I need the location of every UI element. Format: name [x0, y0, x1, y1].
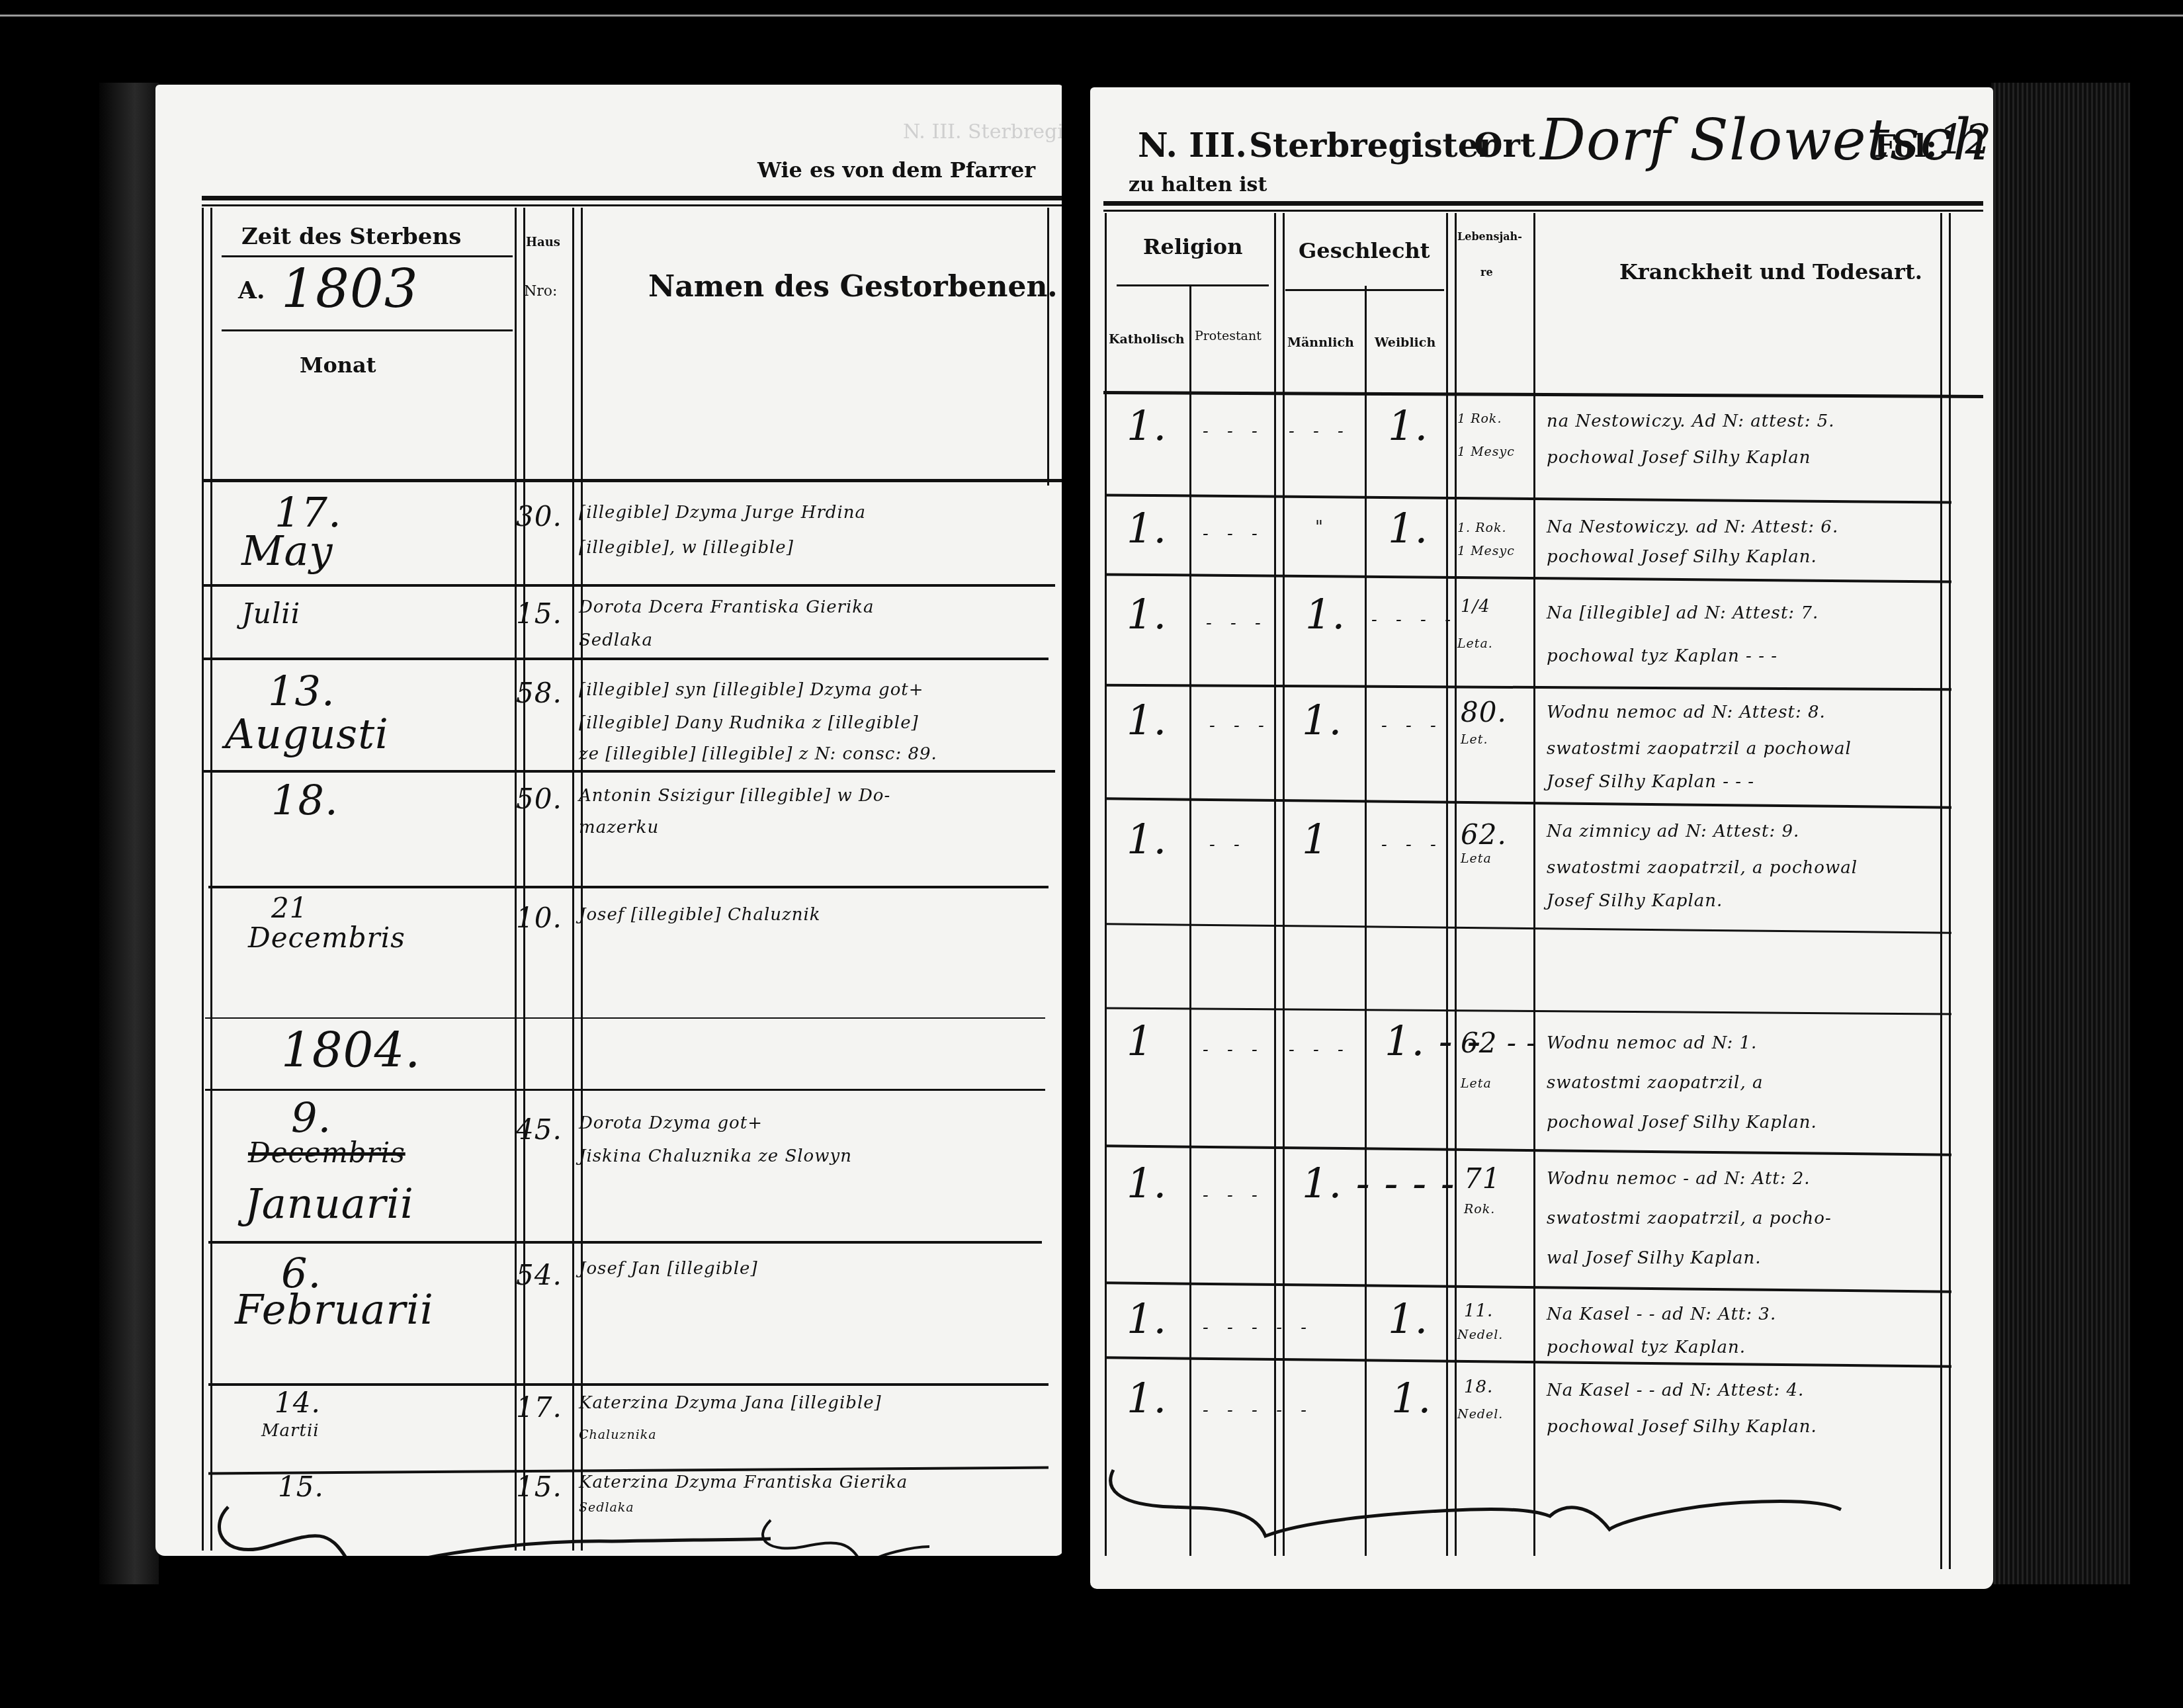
right-border-header [1047, 208, 1049, 486]
entry-5-name-line1: Josef [illegible] Chaluznik [579, 905, 821, 925]
col-divider-age-cause [1533, 213, 1535, 1556]
header-time-of-death: Zeit des Sterbens [241, 224, 461, 250]
entry-4-cause-line1: Wodnu nemoc ad N: Attest: 8. [1547, 703, 1826, 722]
book-gutter [1062, 85, 1091, 1560]
entry-5-age-line1: 62. [1461, 818, 1507, 851]
entry-8-day: 14. [275, 1387, 321, 1419]
entry-9-house-no: 15. [516, 1471, 562, 1503]
row-separator [208, 886, 1049, 888]
entry-3-day: 13. [268, 667, 335, 715]
header-sex: Geschlecht [1299, 238, 1430, 263]
entry-7-month: Februarii [235, 1285, 434, 1334]
entry-5-cause-line2: swatostmi zaopatrzil, a pochowal [1547, 858, 1858, 878]
register-number: N. III. [1138, 126, 1247, 165]
header-sub-rule-2 [222, 329, 513, 331]
entry-6-name-line1: Dorota Dzyma got+ [579, 1113, 763, 1133]
entry-7-male: 1. - - - - [1302, 1159, 1455, 1207]
row-separator [1105, 1144, 1951, 1156]
row-separator [1105, 923, 1951, 933]
entry-3-catholic: 1. [1127, 590, 1167, 638]
header-sub-rule [222, 255, 513, 257]
entry-4-cause-line2: swatostmi zaopatrzil a pochowal [1547, 739, 1852, 759]
entry-4-name-line1: Antonin Ssizigur [illegible] w Do- [579, 786, 890, 806]
entry-8-cause-line1: Na Kasel - - ad N: Att: 3. [1547, 1304, 1776, 1324]
row-separator [202, 770, 1055, 773]
year-value: 1803 [281, 258, 419, 320]
col-divider-date-house [515, 208, 525, 1551]
row-separator [202, 584, 1055, 587]
entry-1-month: May [241, 527, 333, 575]
header-house-number: Nro: [524, 283, 557, 300]
entry-6-male: - - - [1289, 1040, 1350, 1060]
col-divider-male-female [1365, 286, 1367, 1556]
entry-2-name-line2: Sedlaka [579, 630, 653, 650]
header-religion: Religion [1143, 234, 1242, 259]
entry-3-month: Augusti [225, 710, 389, 758]
header-protestant: Protestant [1195, 329, 1262, 343]
row-separator [1105, 573, 1951, 583]
col-divider-sex-age [1446, 213, 1457, 1556]
entry-2-name-line1: Dorota Dcera Frantiska Gierika [579, 597, 875, 617]
entry-2-male: " [1315, 517, 1324, 537]
entry-1-cause-line2: pochowal Josef Silhy Kaplan [1547, 448, 1811, 468]
entry-1-name-line2: [illegible], w [illegible] [579, 538, 794, 558]
entry-9-day: 15. [278, 1471, 324, 1503]
entry-1-protestant: - - - [1203, 421, 1264, 441]
entry-8-name-line1: Katerzina Dzyma Jana [illegible] [579, 1393, 882, 1413]
entry-7-age-line1: 71 [1464, 1162, 1500, 1195]
row-separator [1105, 684, 1951, 691]
row-separator-dashed [205, 1017, 1045, 1019]
entry-4-day: 18. [271, 776, 339, 824]
entry-3-protestant: - - - [1206, 613, 1267, 633]
entry-2-age-line1: 1. Rok. [1457, 521, 1506, 535]
entry-9-female: 1. [1391, 1374, 1432, 1422]
book-page-stack-right [1991, 83, 2130, 1584]
entry-6-month: Januarii [245, 1179, 414, 1228]
entry-5-age-line2: Leta [1461, 851, 1492, 866]
entry-5-house-no: 10. [516, 902, 562, 934]
entry-2-catholic: 1. [1127, 504, 1167, 552]
header-top-rule [1103, 201, 1983, 206]
header-top-rule-thin [202, 204, 1062, 206]
entry-4-female: - - - [1381, 716, 1443, 736]
entry-5-male: 1 [1302, 815, 1328, 863]
entry-8-age-line2: Nedel. [1457, 1328, 1503, 1342]
closing-flourish [202, 1500, 1062, 1556]
year-marker-1804: 1804. [281, 1023, 421, 1078]
entry-4-catholic: 1. [1127, 696, 1167, 744]
entry-5-cause-line1: Na zimnicy ad N: Attest: 9. [1547, 822, 1799, 841]
entry-9-protestant: - - - - - [1203, 1400, 1313, 1420]
header-religion-rule [1117, 284, 1269, 286]
entry-3-cause-line1: Na [illegible] ad N: Attest: 7. [1547, 603, 1819, 623]
entry-4-name-line2: mazerku [579, 818, 659, 837]
entry-2-house-no: 15. [516, 597, 562, 630]
entry-6-age-line1: 62 - - [1461, 1027, 1537, 1059]
entry-3-age-line1: 1/4 [1461, 597, 1490, 617]
row-separator-dashed [205, 1089, 1045, 1091]
entry-2-protestant: - - - [1203, 524, 1264, 544]
entry-6-cause-line1: Wodnu nemoc ad N: 1. [1547, 1033, 1757, 1053]
entry-4-age-line2: Let. [1461, 732, 1488, 747]
header-bottom-rule [1103, 391, 1983, 398]
header-top-rule-thin [1103, 210, 1983, 212]
entry-3-name-line2: [illegible] Dany Rudnika z [illegible] [579, 713, 919, 733]
entry-8-month: Martii [261, 1421, 320, 1441]
entry-4-house-no: 50. [516, 783, 562, 815]
header-cause-of-death: Kranckheit und Todesart. [1619, 259, 1922, 284]
header-male: Männlich [1287, 335, 1354, 350]
header-age-line2: re [1480, 266, 1493, 278]
entry-3-name-line3: ze [illegible] [illegible] z N: consc: 8… [579, 744, 937, 764]
col-divider-catholic-protestant [1189, 286, 1191, 1556]
header-female: Weiblich [1375, 335, 1435, 350]
entry-7-name-line1: Josef Jan [illegible] [579, 1259, 758, 1279]
left-border [202, 208, 212, 1551]
entry-6-name-line2: Jiskina Chaluznika ze Slowyn [579, 1146, 852, 1166]
header-sex-rule [1285, 289, 1444, 291]
row-separator [1105, 493, 1951, 503]
entry-7-age-line2: Rok. [1464, 1202, 1495, 1217]
row-separator [1105, 1356, 1951, 1367]
closing-flourish [1100, 1463, 1993, 1549]
entry-8-name-line2: Chaluznika [579, 1428, 657, 1442]
header-name-of-deceased: Namen des Gestorbenen. [648, 270, 1058, 304]
header-catholic: Katholisch [1109, 332, 1185, 347]
entry-6-house-no: 45. [516, 1113, 562, 1146]
col-border-left [1105, 213, 1107, 1556]
entry-6-protestant: - - - [1203, 1040, 1264, 1060]
header-house-label: Haus [526, 235, 560, 249]
entry-2-age-line2: 1 Mesyc [1457, 544, 1515, 558]
folio-value: 126. [1938, 115, 1993, 163]
header-month: Monat [300, 353, 376, 378]
entry-9-cause-line1: Na Kasel - - ad N: Attest: 4. [1547, 1381, 1804, 1400]
entry-1-age-line1: 1 Rok. [1457, 411, 1502, 426]
entry-7-cause-line3: wal Josef Silhy Kaplan. [1547, 1248, 1762, 1268]
entry-8-cause-line2: pochowal tyz Kaplan. [1547, 1338, 1746, 1357]
folio-label: Fol: [1874, 128, 1937, 164]
top-caption: Wie es von dem Pfarrer [757, 157, 1035, 183]
entry-6-cause-line3: pochowal Josef Silhy Kaplan. [1547, 1113, 1817, 1132]
col-divider-religion-sex [1274, 213, 1285, 1556]
entry-5-month: Decembris [248, 921, 406, 954]
right-page: N. III. Sterbregister Ort Dorf Slowetsch… [1090, 87, 1993, 1589]
entry-5-protestant: - - [1209, 835, 1246, 855]
entry-4-male: 1. [1302, 696, 1342, 744]
entry-1-male: - - - [1289, 421, 1350, 441]
col-divider-house-name [572, 208, 583, 1551]
bleed-through-text: N. III. Sterbregister Ort [903, 120, 1063, 144]
entry-9-cause-line2: pochowal Josef Silhy Kaplan. [1547, 1417, 1817, 1437]
entry-4-cause-line3: Josef Silhy Kaplan - - - [1547, 772, 1754, 792]
entry-2-female: 1. [1388, 504, 1428, 552]
place-label: Ort [1474, 126, 1535, 165]
row-separator [208, 1383, 1049, 1386]
entry-7-cause-line2: swatostmi zaopatrzil, a pocho- [1547, 1209, 1832, 1228]
register-title: Sterbregister [1249, 126, 1496, 165]
header-bottom-rule [202, 479, 1062, 482]
entry-1-cause-line1: na Nestowiczy. Ad N: attest: 5. [1547, 411, 1835, 431]
entry-8-female: 1. [1388, 1295, 1428, 1343]
entry-1-name-line1: [illegible] Dzyma Jurge Hrdina [579, 503, 866, 523]
header-top-rule [202, 196, 1062, 200]
entry-9-age-line1: 18. [1464, 1377, 1493, 1397]
entry-7-house-no: 54. [516, 1259, 562, 1291]
entry-2-cause-line1: Na Nestowiczy. ad N: Attest: 6. [1547, 517, 1838, 537]
entry-3-name-line1: [illegible] syn [illegible] Dzyma got+ [579, 680, 924, 700]
row-separator [208, 1241, 1042, 1244]
entry-5-female: - - - [1381, 835, 1443, 855]
left-page: N. III. Sterbregister Ort Wie es von dem… [155, 85, 1063, 1556]
entry-3-female: - - - - [1371, 610, 1457, 630]
entry-5-catholic: 1. [1127, 815, 1167, 863]
entry-8-catholic: 1. [1127, 1295, 1167, 1343]
entry-8-house-no: 17. [516, 1391, 562, 1424]
row-separator [1105, 1281, 1951, 1293]
header-age-line1: Lebensjah- [1457, 230, 1522, 243]
entry-9-name-line1: Katerzina Dzyma Frantiska Gierika [579, 1473, 908, 1492]
entry-1-catholic: 1. [1127, 402, 1167, 450]
entry-6-cause-line2: swatostmi zaopatrzil, a [1547, 1073, 1763, 1093]
book-spine-edge-left [99, 83, 159, 1584]
entry-2-month: Julii [241, 597, 300, 630]
entry-8-protestant: - - - - - [1203, 1318, 1313, 1338]
entry-6-age-line2: Leta [1461, 1076, 1492, 1091]
entry-5-day: 21 [271, 892, 308, 924]
entry-3-male: 1. [1305, 590, 1346, 638]
entry-3-cause-line2: pochowal tyz Kaplan - - - [1547, 646, 1777, 666]
entry-6-month-struck: Decembris [248, 1136, 406, 1169]
entry-1-age-line2: 1 Mesyc [1457, 445, 1515, 459]
scanner-edge-line [0, 15, 2183, 17]
entry-3-house-no: 58. [516, 677, 562, 709]
entry-2-cause-line2: pochowal Josef Silhy Kaplan. [1547, 547, 1817, 567]
entry-4-protestant: - - - [1209, 716, 1271, 736]
entry-6-day: 9. [291, 1093, 331, 1142]
row-separator [1105, 797, 1951, 808]
entry-9-age-line2: Nedel. [1457, 1407, 1503, 1422]
entry-5-cause-line3: Josef Silhy Kaplan. [1547, 891, 1723, 911]
entry-3-age-line2: Leta. [1457, 636, 1493, 651]
entry-9-catholic: 1. [1127, 1374, 1167, 1422]
entry-8-age-line1: 11. [1464, 1301, 1493, 1321]
row-separator [202, 658, 1049, 660]
entry-1-female: 1. [1388, 402, 1428, 450]
entry-7-catholic: 1. [1127, 1159, 1167, 1207]
entry-1-house-no: 30. [516, 500, 562, 533]
entry-7-cause-line1: Wodnu nemoc - ad N: Att: 2. [1547, 1169, 1811, 1189]
entry-4-age-line1: 80. [1461, 696, 1507, 728]
row-separator [1105, 1007, 1951, 1015]
year-prefix: A. [238, 277, 265, 304]
register-subtitle: zu halten ist [1129, 173, 1267, 196]
entry-6-catholic: 1 [1127, 1017, 1153, 1065]
entry-7-protestant: - - - [1203, 1185, 1264, 1205]
